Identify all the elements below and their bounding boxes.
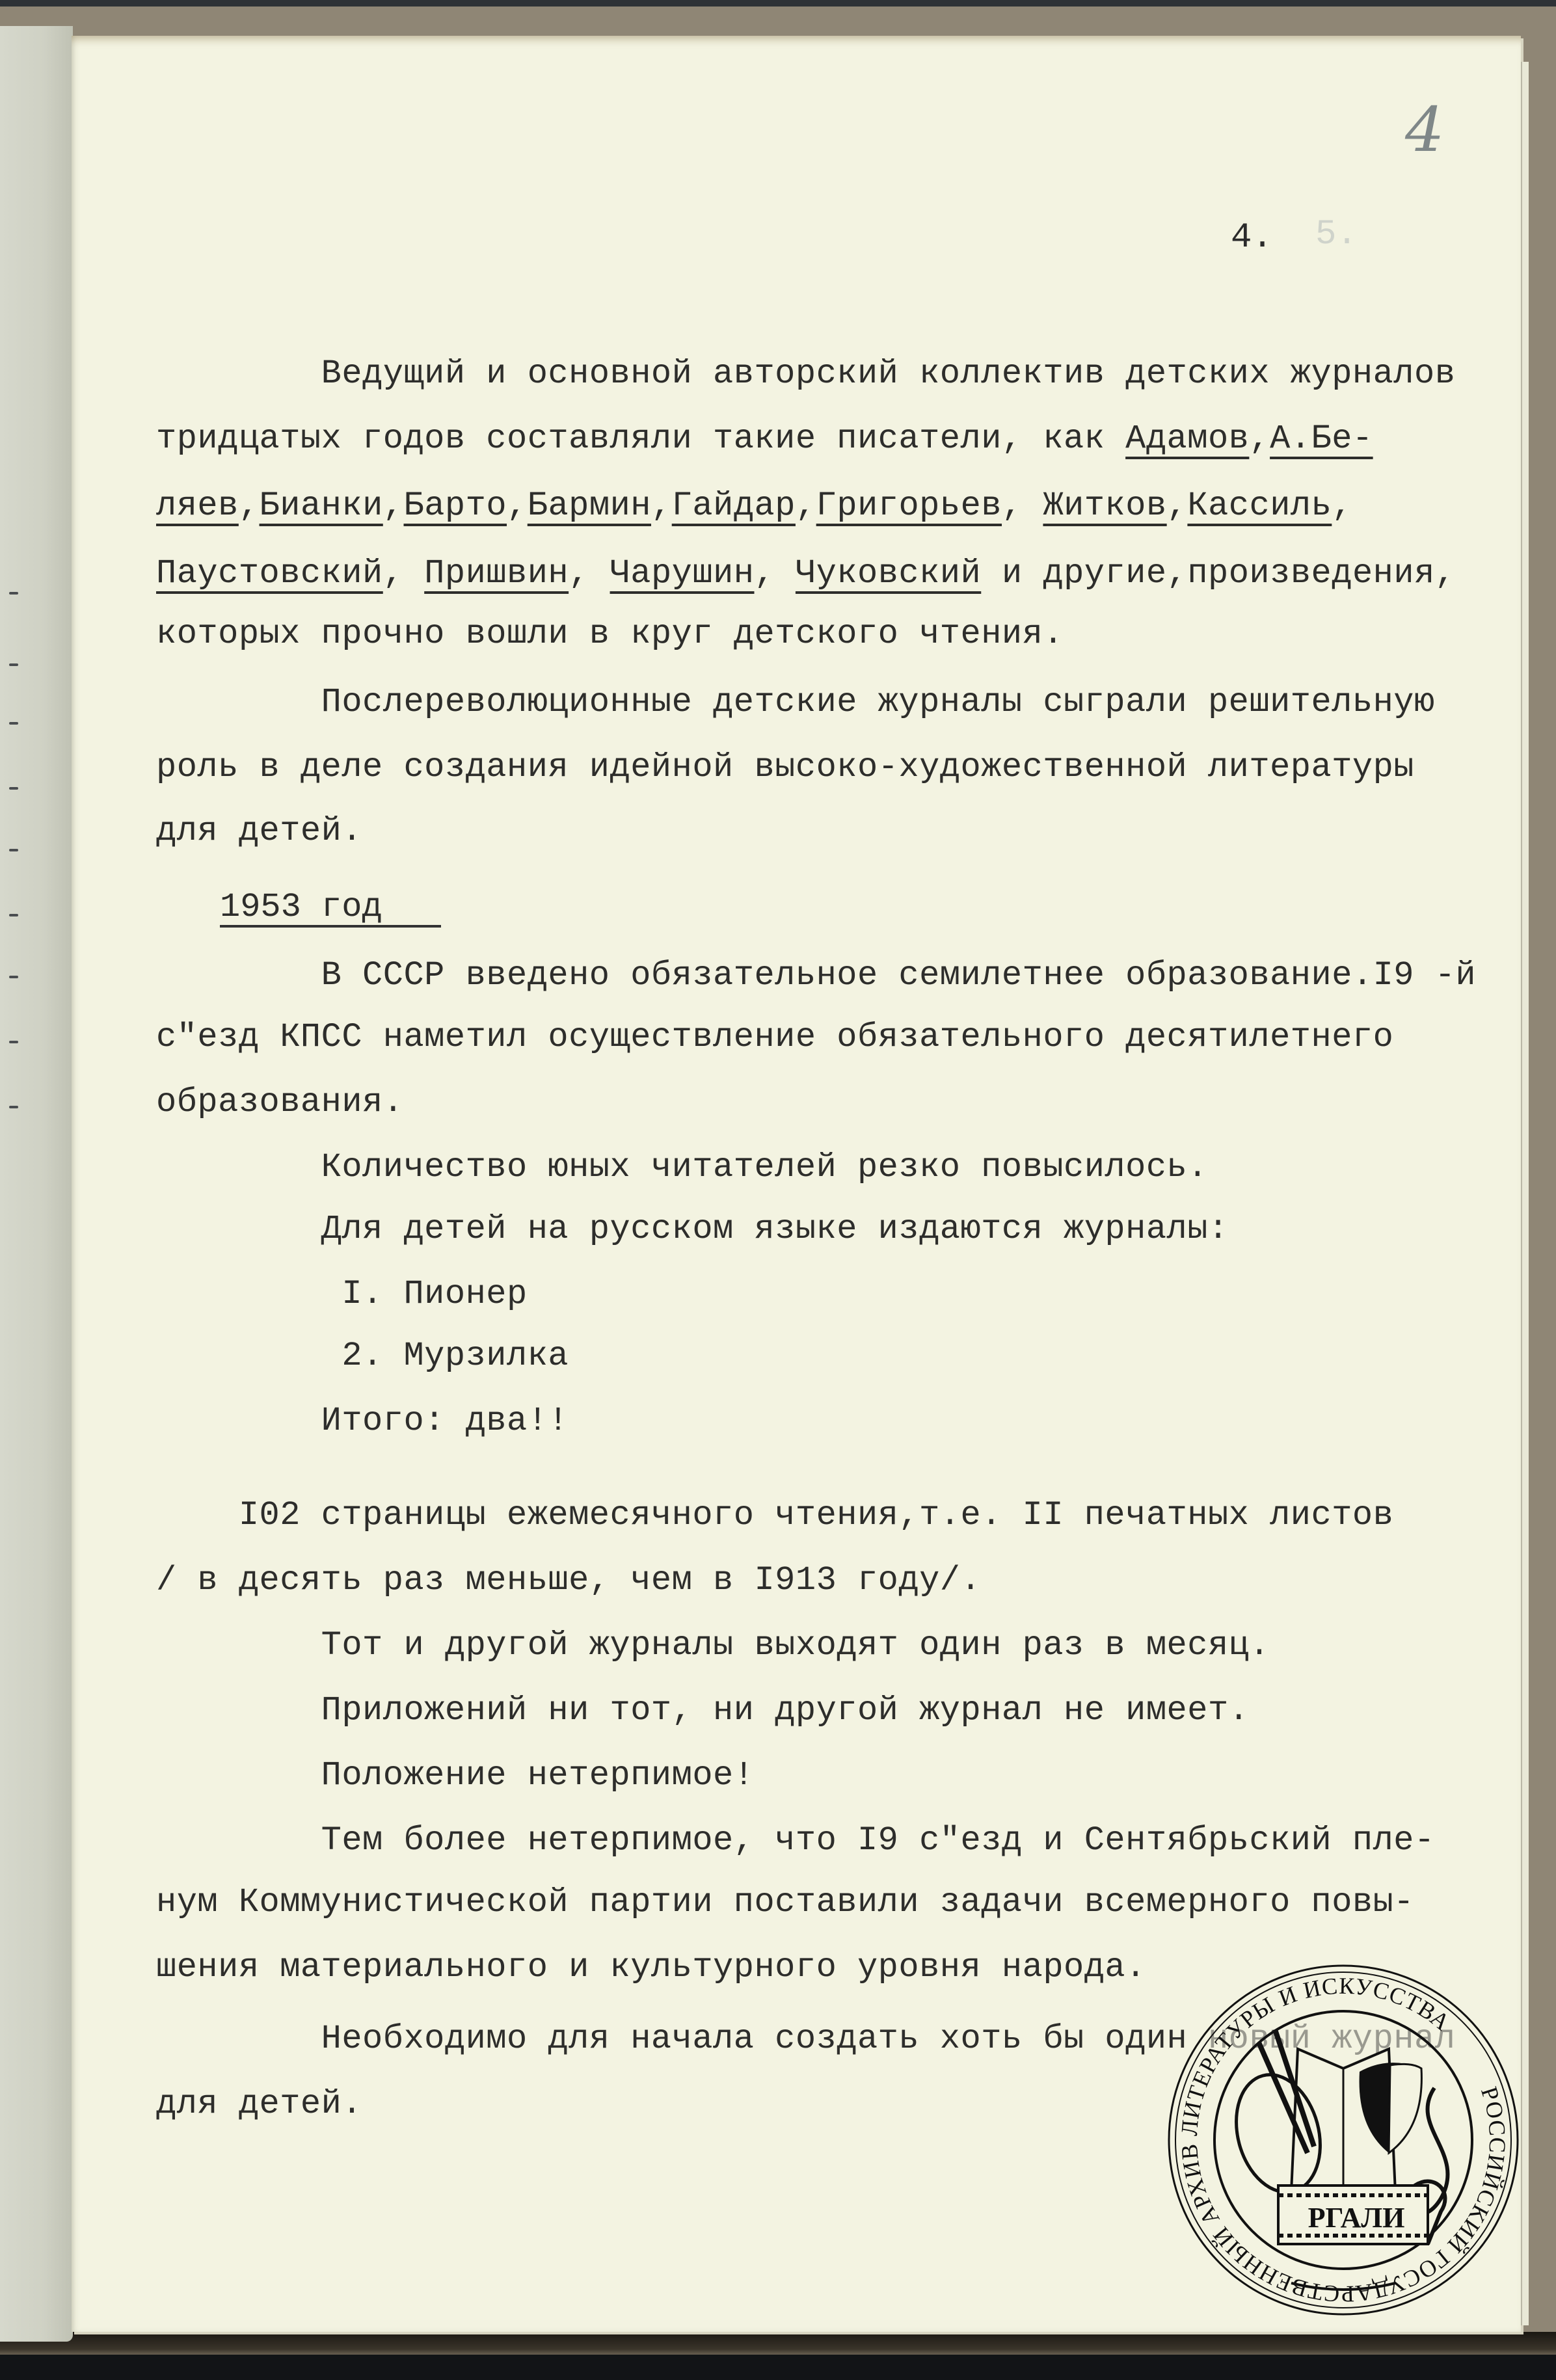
text-line: В СССР введено обязательное семилетнее о… [156,956,1476,995]
scan-bottom-edge [0,2355,1556,2380]
list-item: 2. Мурзилка [156,1337,569,1376]
text-line: Для детей на русском языке издаются журн… [156,1210,1229,1249]
text-line: ляев,Бианки,Барто,Бармин,Гайдар,Григорье… [156,487,1352,526]
text-line: образования. [156,1083,403,1122]
text-line: нум Коммунистической партии поставили за… [156,1883,1414,1922]
text-line: Тот и другой журналы выходят один раз в … [156,1626,1270,1665]
list-item: I. Пионер [156,1275,528,1314]
bleed-mark [9,787,18,790]
text-line: которых прочно вошли в круг детского чте… [156,615,1064,654]
bleed-mark [9,1106,18,1108]
bleed-mark [9,976,18,978]
bleed-mark [9,1041,18,1043]
bleed-mark [9,722,18,725]
text-line: Итого: два!! [156,1402,569,1441]
bleed-mark [9,849,18,851]
text-line: I02 страницы ежемесячного чтения,т.е. II… [156,1496,1393,1535]
text-line: Послереволюционные детские журналы сыгра… [156,683,1435,722]
scan-bottom-shadow [0,2332,1556,2357]
author-name: Адамов [1125,420,1249,458]
bleed-mark [9,592,18,595]
text-line: для детей. [156,812,362,851]
text-line: тридцатых годов составляли такие писател… [156,420,1373,459]
text-line: / в десять раз меньше, чем в I913 году/. [156,1561,981,1600]
archive-stamp: РОССИЙСКИЙ ГОСУДАРСТВЕННЫЙ АРХИВ ЛИТЕРАТ… [1161,1958,1525,2322]
handwritten-page-number: 4 [1405,94,1444,166]
text-line: Количество юных читателей резко повысило… [156,1148,1208,1187]
bleed-mark [9,914,18,916]
text-line: Приложений ни тот, ни другой журнал не и… [156,1691,1249,1730]
text-line: роль в деле создания идейной высоко-худо… [156,748,1414,787]
author-name: А.Бе- [1270,420,1373,458]
typed-page-number: 4. [1231,218,1273,258]
bleed-through-page-number: 5. [1315,215,1358,254]
heading-underline [220,925,441,928]
text-line: шения материального и культурного уровня… [156,1948,1146,1987]
rgali-seal-icon: РОССИЙСКИЙ ГОСУДАРСТВЕННЫЙ АРХИВ ЛИТЕРАТ… [1161,1958,1525,2322]
svg-text:РГАЛИ: РГАЛИ [1308,2202,1405,2234]
bleed-mark [9,663,18,666]
section-heading: 1953 год [220,888,382,926]
text-line: Ведущий и основной авторский коллектив д… [156,354,1455,394]
text-line: с"езд КПСС наметил осуществление обязате… [156,1018,1393,1057]
text-line: Паустовский, Пришвин, Чарушин, Чуковский… [156,554,1455,593]
previous-page-edge [0,26,73,2342]
text-line: для детей. [156,2085,362,2124]
text-line: Положение нетерпимое! [156,1756,754,1795]
text-line: Тем более нетерпимое, что I9 с"езд и Сен… [156,1821,1435,1860]
